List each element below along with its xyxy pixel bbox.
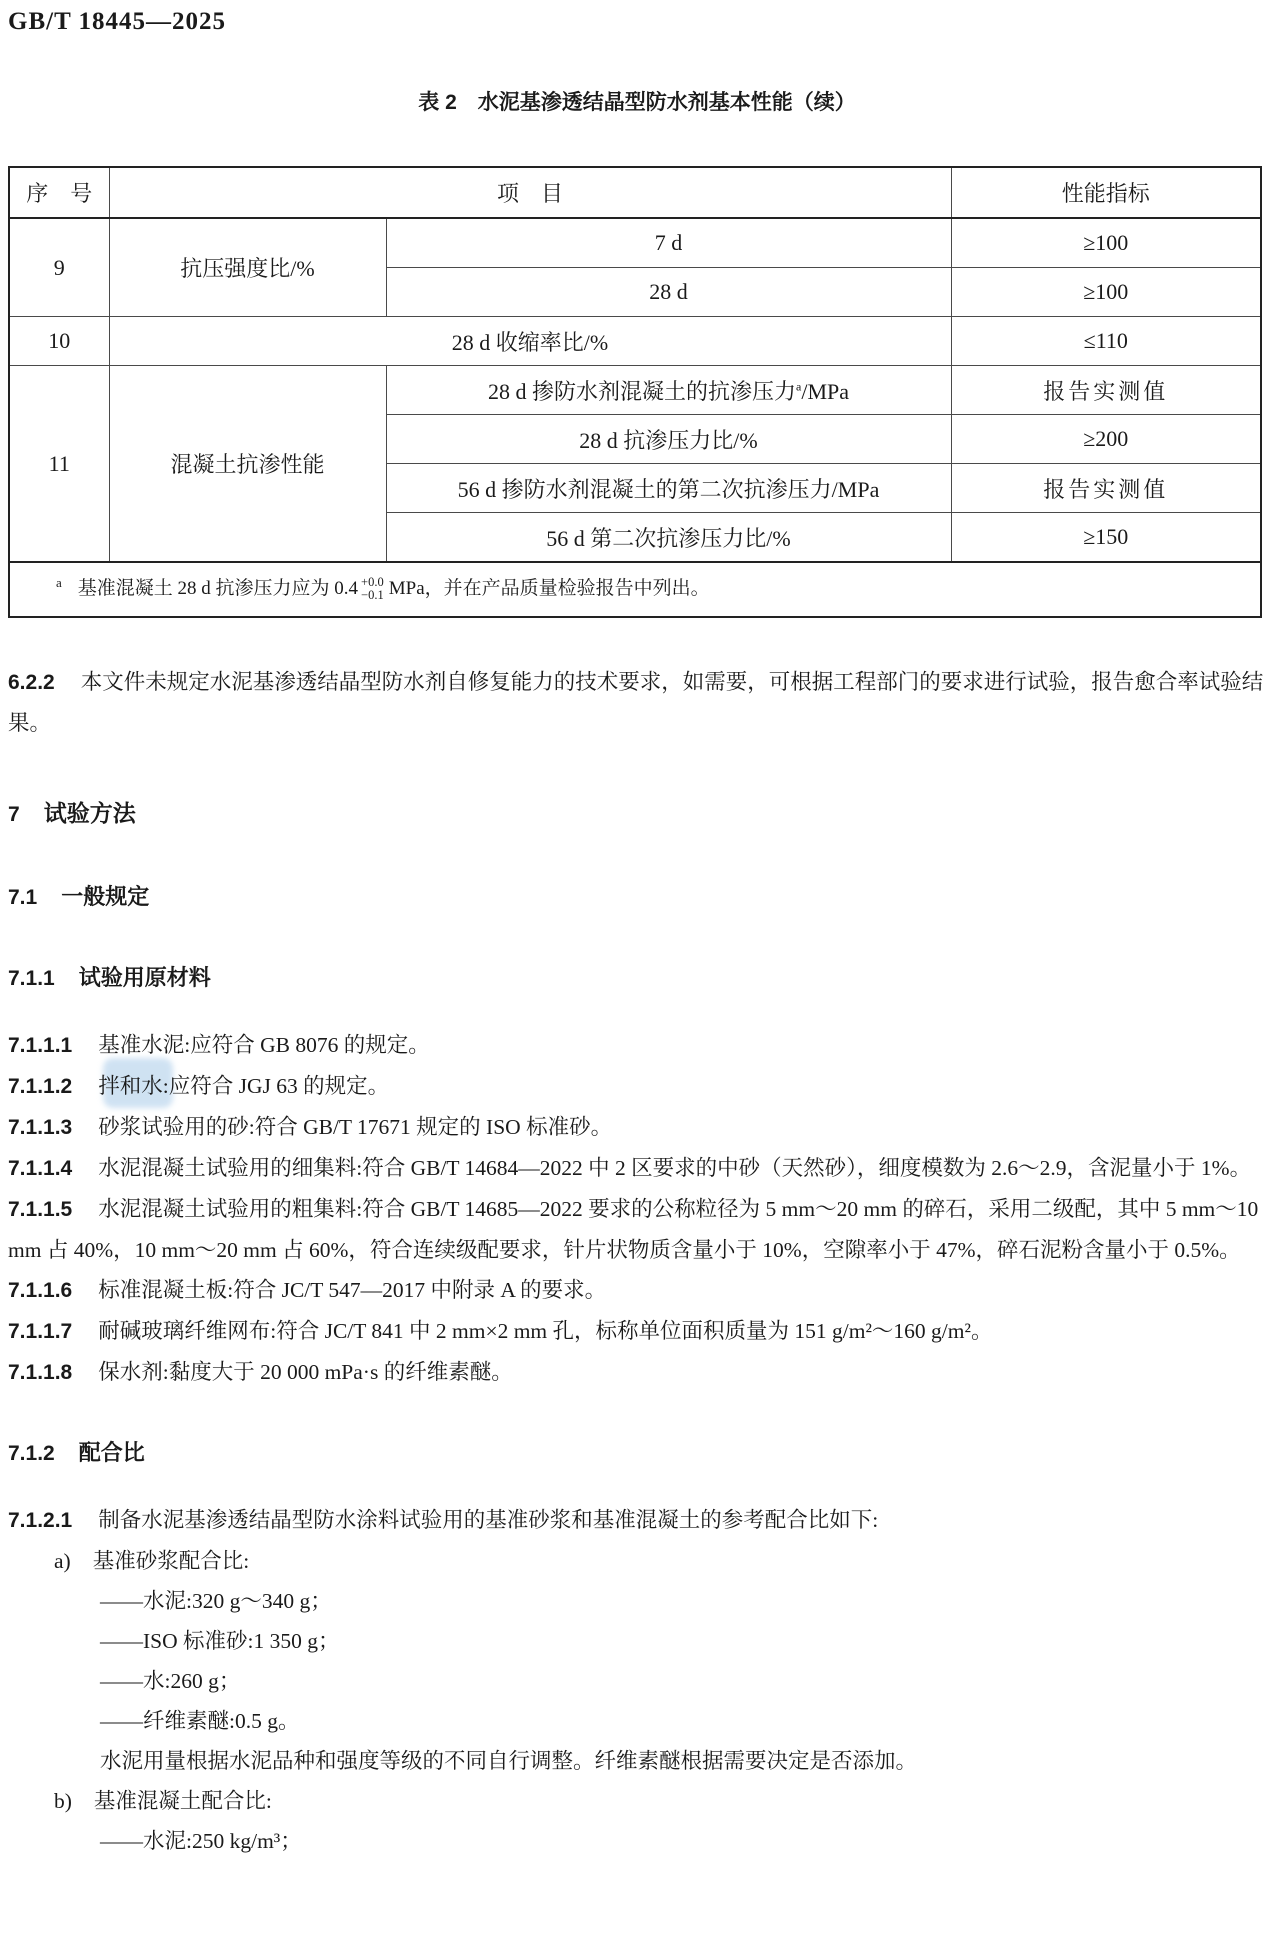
- cell-item: 28 d 掺防水剂混凝土的抗渗压力a/MPa: [386, 366, 951, 415]
- clause-7-1-1-5: 7.1.1.5水泥混凝土试验用的粗集料:符合 GB/T 14685—2022 要…: [8, 1189, 1266, 1270]
- list-item: ——水泥:250 kg/m³；: [8, 1821, 1266, 1861]
- list-item: ——纤维素醚:0.5 g。: [8, 1701, 1266, 1741]
- list-item-a: a)基准砂浆配合比:: [8, 1541, 1266, 1581]
- cell-item: 28 d: [386, 268, 951, 317]
- table-footnote: a基准混凝土 28 d 抗渗压力应为 0.4+0.0−0.1MPa，并在产品质量…: [9, 562, 1261, 617]
- clause-7-1-1-8: 7.1.1.8保水剂:黏度大于 20 000 mPa·s 的纤维素醚。: [8, 1352, 1266, 1393]
- clause-text: 本文件未规定水泥基渗透结晶型防水剂自修复能力的技术要求，如需要，可根据工程部门的…: [8, 670, 1263, 735]
- clause-7-1-1-3: 7.1.1.3砂浆试验用的砂:符合 GB/T 17671 规定的 ISO 标准砂…: [8, 1107, 1266, 1148]
- section-7-1-heading: 7.1一般规定: [8, 877, 1266, 918]
- list-item: ——水:260 g；: [8, 1661, 1266, 1701]
- cell-category: 混凝土抗渗性能: [109, 366, 386, 563]
- table-row: 10 28 d 收缩率比/% ≤110: [9, 317, 1261, 366]
- cell-item: 7 d: [386, 218, 951, 268]
- cell-serial: 11: [9, 366, 109, 563]
- list-item: ——ISO 标准砂:1 350 g；: [8, 1621, 1266, 1661]
- list-item: ——水泥:320 g～340 g；: [8, 1581, 1266, 1621]
- standard-number: GB/T 18445—2025: [8, 8, 1266, 36]
- table-footnote-row: a基准混凝土 28 d 抗渗压力应为 0.4+0.0−0.1MPa，并在产品质量…: [9, 562, 1261, 617]
- clause-7-1-1-1: 7.1.1.1基准水泥:应符合 GB 8076 的规定。: [8, 1025, 1266, 1066]
- cell-item: 28 d 收缩率比/%: [109, 317, 951, 366]
- table-row: 11 混凝土抗渗性能 28 d 掺防水剂混凝土的抗渗压力a/MPa 报告实测值: [9, 366, 1261, 415]
- list-label: a): [54, 1549, 71, 1573]
- cell-category: 抗压强度比/%: [109, 218, 386, 317]
- cell-item: 56 d 掺防水剂混凝土的第二次抗渗压力/MPa: [386, 464, 951, 513]
- cell-item: 28 d 抗渗压力比/%: [386, 415, 951, 464]
- section-7-1-2-heading: 7.1.2配合比: [8, 1433, 1266, 1474]
- cell-value: 报告实测值: [951, 366, 1261, 415]
- cell-serial: 10: [9, 317, 109, 366]
- document-body: 6.2.2本文件未规定水泥基渗透结晶型防水剂自修复能力的技术要求，如需要，可根据…: [8, 662, 1266, 1861]
- cell-serial: 9: [9, 218, 109, 317]
- cell-value: ≥100: [951, 218, 1261, 268]
- clause-number: 6.2.2: [8, 671, 55, 694]
- clause-7-1-1-6: 7.1.1.6标准混凝土板:符合 JC/T 547—2017 中附录 A 的要求…: [8, 1270, 1266, 1311]
- clause-7-1-1-4: 7.1.1.4水泥混凝土试验用的细集料:符合 GB/T 14684—2022 中…: [8, 1148, 1266, 1189]
- section-7-heading: 7试验方法: [8, 793, 1266, 835]
- clause-7-1-1-7: 7.1.1.7耐碱玻璃纤维网布:符合 JC/T 841 中 2 mm×2 mm …: [8, 1311, 1266, 1352]
- section-7-1-1-heading: 7.1.1试验用原材料: [8, 958, 1266, 999]
- table-header-row: 序 号 项 目 性能指标: [9, 167, 1261, 218]
- document-page: GB/T 18445—2025 表 2 水泥基渗透结晶型防水剂基本性能（续） 序…: [0, 0, 1280, 1939]
- list-item-b: b)基准混凝土配合比:: [8, 1781, 1266, 1821]
- tolerance-stack: +0.0−0.1: [361, 576, 384, 602]
- table-row: 9 抗压强度比/% 7 d ≥100: [9, 218, 1261, 268]
- col-header-item: 项 目: [109, 167, 951, 218]
- cell-value: ≤110: [951, 317, 1261, 366]
- clause-7-1-1-2: 7.1.1.2拌和水:应符合 JGJ 63 的规定。: [8, 1066, 1266, 1107]
- cell-item: 56 d 第二次抗渗压力比/%: [386, 513, 951, 563]
- performance-table: 序 号 项 目 性能指标 9 抗压强度比/% 7 d ≥100 28 d ≥10…: [8, 166, 1262, 618]
- table-title: 表 2 水泥基渗透结晶型防水剂基本性能（续）: [8, 86, 1266, 116]
- list-label: b): [54, 1789, 72, 1813]
- cell-value: ≥150: [951, 513, 1261, 563]
- list-note: 水泥用量根据水泥品种和强度等级的不同自行调整。纤维素醚根据需要决定是否添加。: [8, 1741, 1266, 1781]
- clause-6-2-2: 6.2.2本文件未规定水泥基渗透结晶型防水剂自修复能力的技术要求，如需要，可根据…: [8, 662, 1266, 743]
- cell-value: 报告实测值: [951, 464, 1261, 513]
- footnote-marker: a: [56, 575, 62, 590]
- cell-value: ≥200: [951, 415, 1261, 464]
- cell-value: ≥100: [951, 268, 1261, 317]
- col-header-serial: 序 号: [9, 167, 109, 218]
- col-header-index: 性能指标: [951, 167, 1261, 218]
- clause-7-1-2-1: 7.1.2.1制备水泥基渗透结晶型防水涂料试验用的基准砂浆和基准混凝土的参考配合…: [8, 1500, 1266, 1541]
